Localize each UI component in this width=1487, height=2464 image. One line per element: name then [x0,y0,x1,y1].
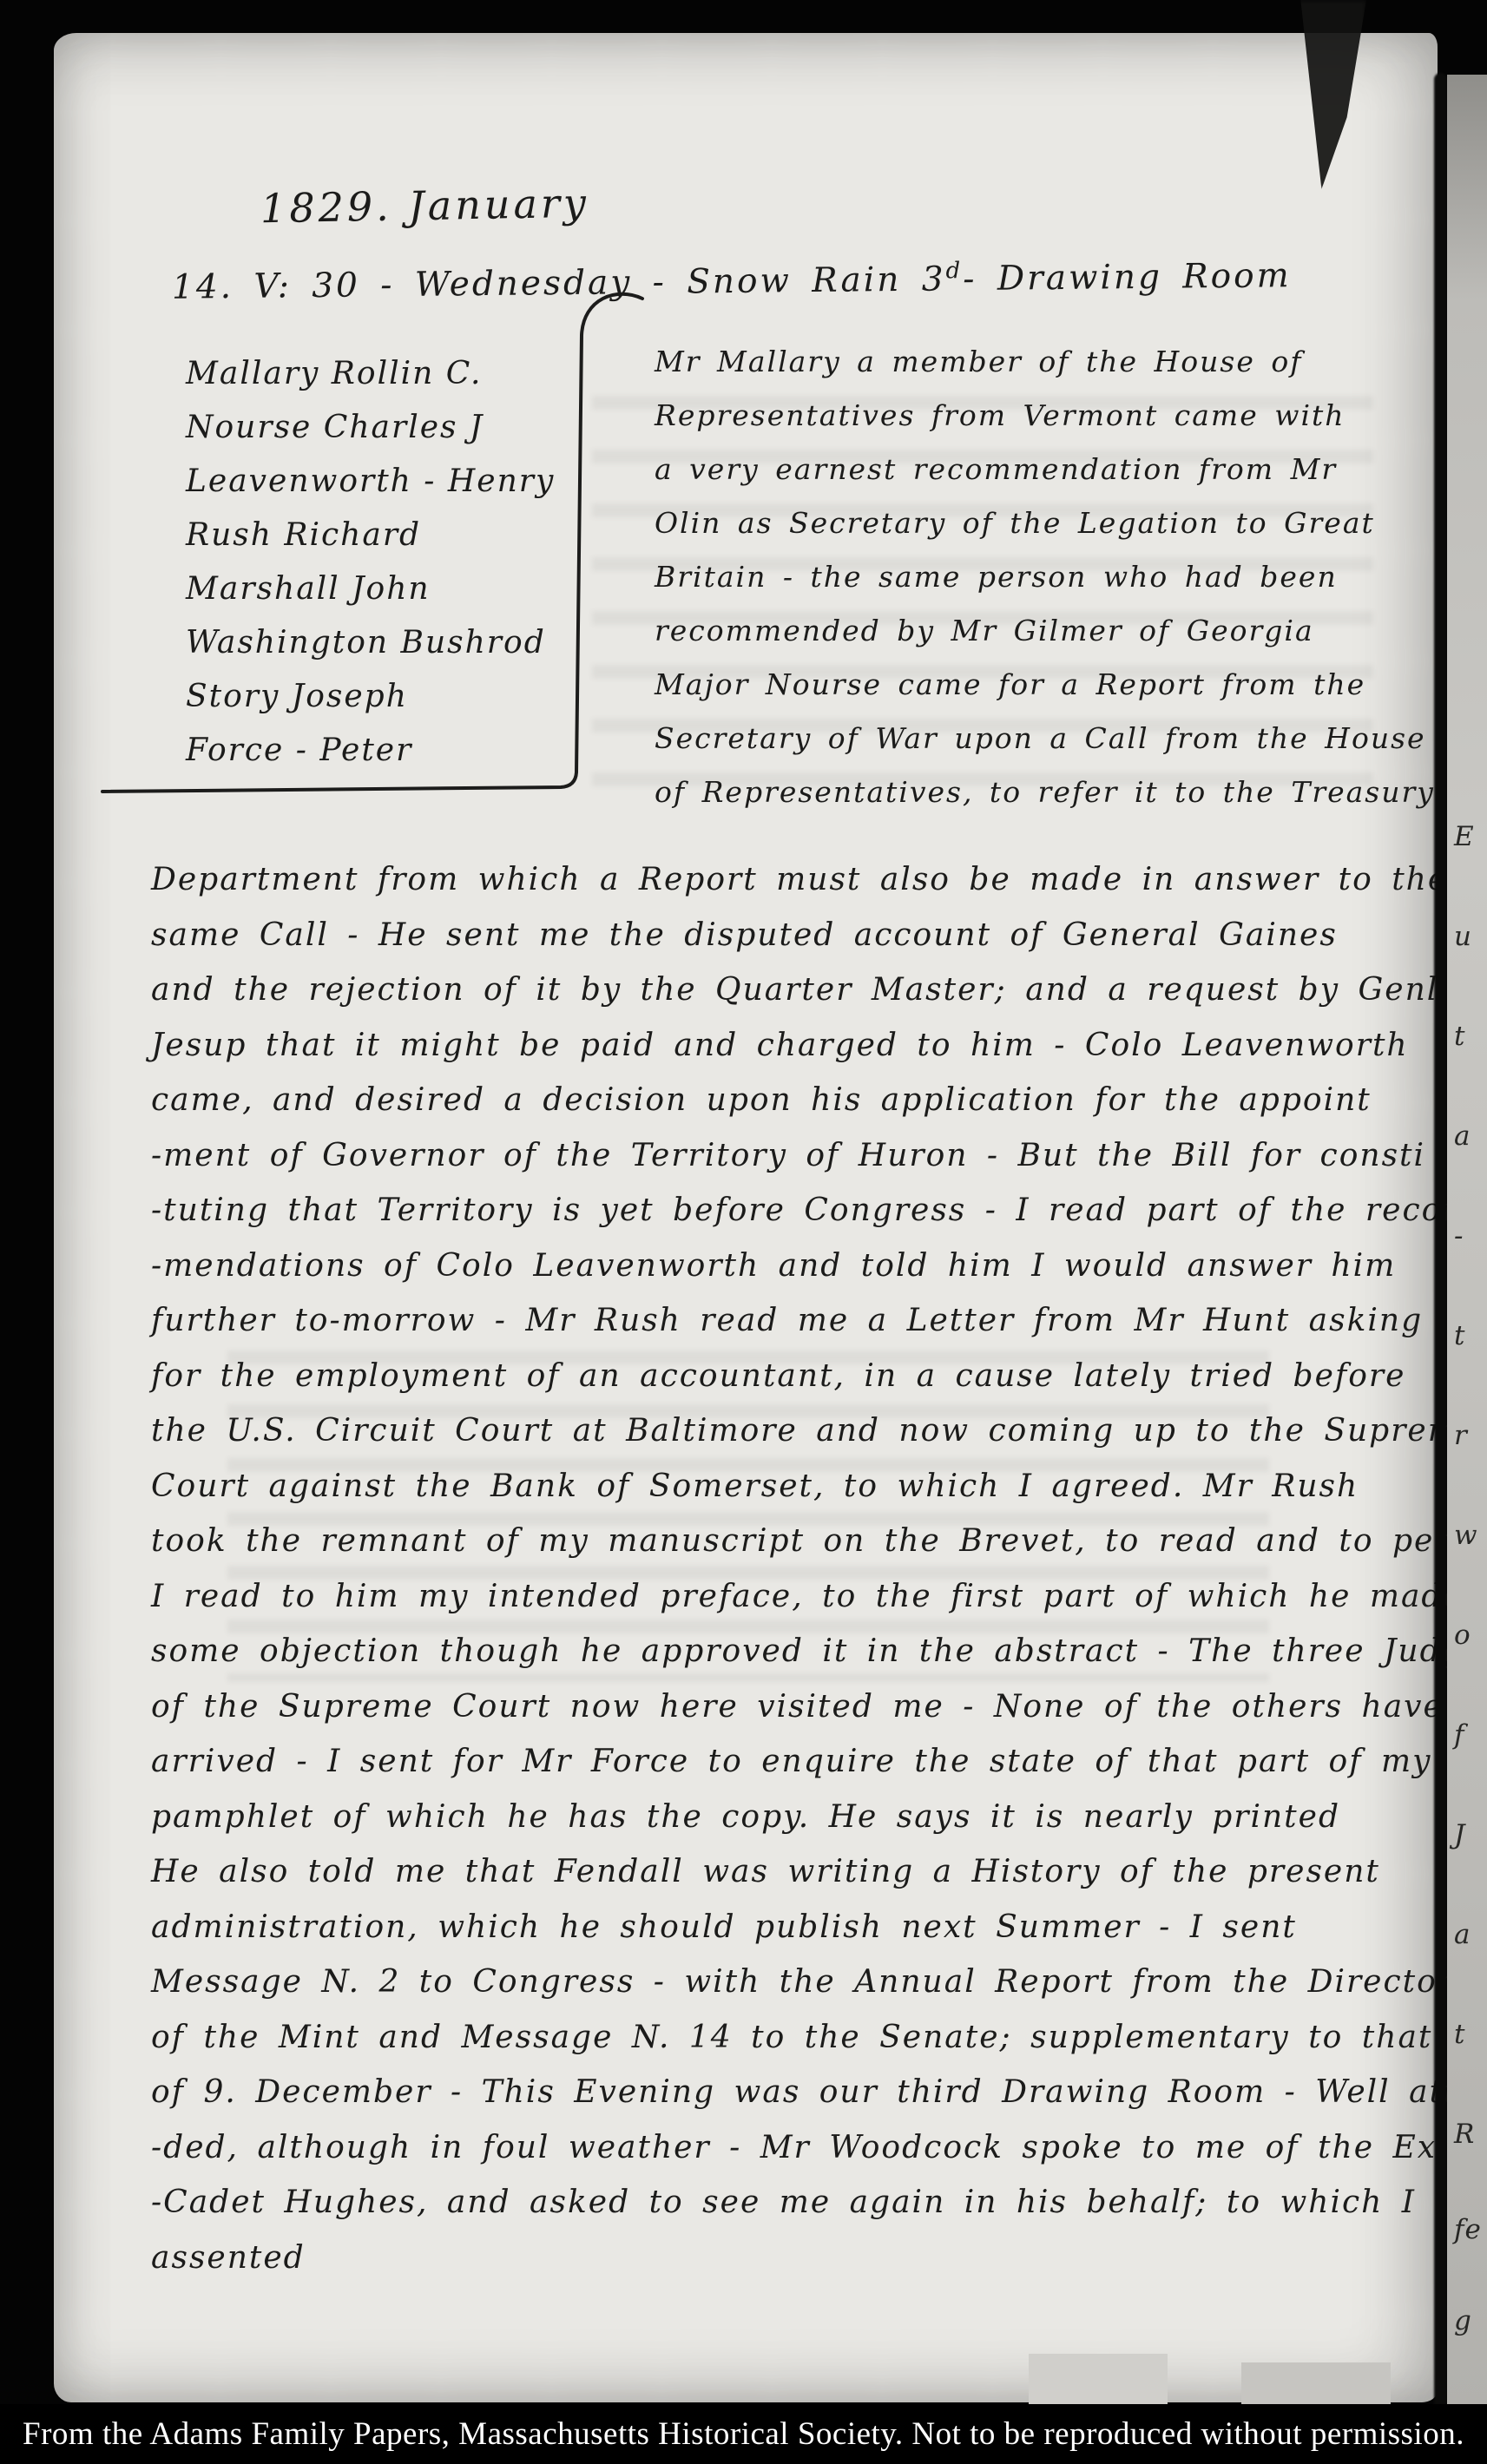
side-paragraph-line: Britain - the same person who had been [655,550,1486,604]
visitor-name: Washington Bushrod [186,616,637,670]
diary-body-line: assented [151,2231,1487,2286]
visitor-name: Marshall John [186,562,637,616]
page-edge-rule [1434,73,1447,2411]
facing-page-text-fragment: - [1454,1220,1464,1252]
visitor-name: Leavenworth - Henry [186,455,637,509]
facing-page-text-fragment: a [1454,1919,1471,1950]
facing-page-text-fragment: a [1454,1120,1471,1152]
facing-page-text-fragment: fe [1454,2214,1482,2245]
diary-body-line: pamphlet of which he has the copy. He sa… [151,1790,1487,1845]
side-paragraph-line: Olin as Secretary of the Legation to Gre… [655,496,1486,550]
diary-body-line: -mendations of Colo Leavenworth and told… [151,1239,1487,1294]
diary-body-line: further to-morrow - Mr Rush read me a Le… [151,1293,1487,1349]
facing-page-text-fragment: f [1454,1719,1464,1751]
diary-body-line: I read to him my intended preface, to th… [151,1569,1487,1625]
archive-caption: From the Adams Family Papers, Massachuse… [23,2415,1464,2453]
diary-body-line: Court against the Bank of Somerset, to w… [151,1459,1487,1515]
diary-body-line: -Cadet Hughes, and asked to see me again… [151,2175,1487,2231]
facing-page-text-fragment: t [1454,1320,1465,1351]
date-line-text: 14. V: 30 - Wednesday - Snow Rain 3 [172,260,946,306]
facing-page-text-fragment: r [1454,1420,1468,1451]
side-paragraph-line: Major Nourse came for a Report from the [655,658,1486,712]
side-paragraph-line: Representatives from Vermont came with [655,389,1486,443]
side-paragraph: Mr Mallary a member of the House ofRepre… [655,335,1486,819]
date-line: 14. V: 30 - Wednesday - Snow Rain 3d- Dr… [172,254,1292,307]
side-paragraph-line: a very earnest recommendation from Mr [655,443,1486,496]
facing-page-edge: Euta-trwofJatRfeg [1447,75,1487,2411]
facing-page-corner [1241,2362,1391,2404]
date-line-superscript: d [945,258,963,284]
facing-page-text-fragment: J [1454,1819,1465,1850]
side-paragraph-line: recommended by Mr Gilmer of Georgia [655,604,1486,658]
diary-body-line: same Call - He sent me the disputed acco… [151,908,1487,963]
diary-body-line: came, and desired a decision upon his ap… [151,1073,1487,1128]
diary-body: Department from which a Report must also… [151,852,1487,2285]
visitor-name: Nourse Charles J [186,401,637,455]
facing-page-text-fragment: E [1454,821,1475,852]
date-line-suffix: - Drawing Room [963,256,1292,299]
scanned-diary-photograph: 1829. January 14. V: 30 - Wednesday - Sn… [0,0,1487,2464]
diary-body-line: of 9. December - This Evening was our th… [151,2065,1487,2120]
side-paragraph-line: of Representatives, to refer it to the T… [655,765,1486,819]
diary-body-line: for the employment of an accountant, in … [151,1349,1487,1404]
diary-body-line: Department from which a Report must also… [151,852,1487,908]
diary-body-line: of the Mint and Message N. 14 to the Sen… [151,2010,1487,2066]
diary-body-line: He also told me that Fendall was writing… [151,1844,1487,1900]
diary-body-line: the U.S. Circuit Court at Baltimore and … [151,1403,1487,1459]
facing-page-text-fragment: o [1454,1620,1471,1651]
diary-body-line: some objection though he approved it in … [151,1624,1487,1679]
diary-body-line: -ment of Governor of the Territory of Hu… [151,1128,1487,1184]
diary-body-line: -ded, although in foul weather - Mr Wood… [151,2120,1487,2176]
visitor-name: Force - Peter [186,724,637,778]
diary-body-line: -tuting that Territory is yet before Con… [151,1183,1487,1239]
facing-page-text-fragment: u [1454,921,1472,952]
diary-body-line: arrived - I sent for Mr Force to enquire… [151,1734,1487,1790]
diary-body-line: took the remnant of my manuscript on the… [151,1514,1487,1569]
visitor-name-list: Mallary Rollin C.Nourse Charles JLeavenw… [186,347,637,778]
facing-page-text-fragment: t [1454,2019,1465,2050]
facing-page-text-fragment: g [1454,2305,1472,2336]
year-month-heading: 1829. January [260,180,590,233]
diary-body-line: of the Supreme Court now here visited me… [151,1679,1487,1735]
facing-page-text-fragment: R [1454,2119,1475,2150]
visitor-name: Rush Richard [186,509,637,562]
visitor-name: Story Joseph [186,670,637,724]
facing-page-corner [1029,2354,1168,2404]
diary-body-line: administration, which he should publish … [151,1900,1487,1955]
diary-body-line: Message N. 2 to Congress - with the Annu… [151,1955,1487,2010]
facing-page-text-fragment: t [1454,1021,1465,1052]
side-paragraph-line: Secretary of War upon a Call from the Ho… [655,712,1486,765]
diary-body-line: and the rejection of it by the Quarter M… [151,963,1487,1018]
caption-bar: From the Adams Family Papers, Massachuse… [0,2404,1487,2464]
facing-page-text-fragment: w [1454,1520,1478,1551]
diary-body-line: Jesup that it might be paid and charged … [151,1018,1487,1074]
diary-page: 1829. January 14. V: 30 - Wednesday - Sn… [54,33,1438,2402]
side-paragraph-line: Mr Mallary a member of the House of [655,335,1486,389]
visitor-name: Mallary Rollin C. [186,347,637,401]
